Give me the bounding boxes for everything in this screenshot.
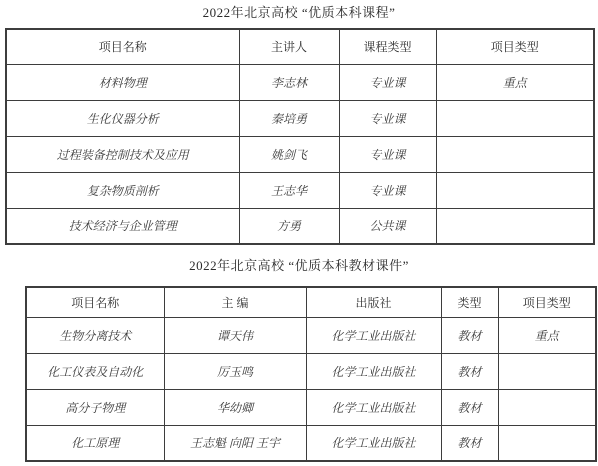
textbook-table: 项目名称 主 编 出版社 类型 项目类型 生物分离技术 谭天伟 化学工业出版社 …: [25, 286, 597, 462]
cell-editor: 王志魁 向阳 王宇: [164, 425, 306, 461]
table-row: 化工仪表及自动化 厉玉鸣 化学工业出版社 教材: [26, 353, 596, 389]
cell-project-type: [436, 136, 594, 172]
table-row: 生化仪器分析 秦培勇 专业课: [6, 100, 594, 136]
cell-lecturer: 李志林: [239, 64, 339, 100]
cell-publisher: 化学工业出版社: [306, 425, 441, 461]
cell-project-name: 化工原理: [26, 425, 164, 461]
table-row: 生物分离技术 谭天伟 化学工业出版社 教材 重点: [26, 317, 596, 353]
cell-project-name: 过程装备控制技术及应用: [6, 136, 239, 172]
cell-project-type: [498, 425, 596, 461]
cell-project-type: 重点: [498, 317, 596, 353]
cell-editor: 厉玉鸣: [164, 353, 306, 389]
cell-lecturer: 方勇: [239, 208, 339, 244]
cell-publisher: 化学工业出版社: [306, 317, 441, 353]
cell-project-name: 材料物理: [6, 64, 239, 100]
course-table-title: 2022年北京高校 “优质本科课程”: [0, 5, 598, 21]
course-table-header-row: 项目名称 主讲人 课程类型 项目类型: [6, 29, 594, 64]
cell-type: 教材: [441, 317, 498, 353]
cell-project-name: 高分子物理: [26, 389, 164, 425]
cell-project-name: 复杂物质剖析: [6, 172, 239, 208]
cell-lecturer: 秦培勇: [239, 100, 339, 136]
table-row: 材料物理 李志林 专业课 重点: [6, 64, 594, 100]
cell-project-type: [498, 353, 596, 389]
column-header-project-type: 项目类型: [436, 29, 594, 64]
cell-project-type: 重点: [436, 64, 594, 100]
cell-editor: 华幼卿: [164, 389, 306, 425]
column-header-project-type: 项目类型: [498, 287, 596, 317]
textbook-table-title: 2022年北京高校 “优质本科教材课件”: [0, 258, 598, 274]
cell-project-type: [436, 172, 594, 208]
column-header-project-name: 项目名称: [6, 29, 239, 64]
column-header-editor: 主 编: [164, 287, 306, 317]
cell-project-type: [436, 208, 594, 244]
table-row: 复杂物质剖析 王志华 专业课: [6, 172, 594, 208]
cell-editor: 谭天伟: [164, 317, 306, 353]
cell-project-type: [436, 100, 594, 136]
cell-publisher: 化学工业出版社: [306, 353, 441, 389]
document-page: 2022年北京高校 “优质本科课程” 项目名称 主讲人 课程类型 项目类型 材料…: [0, 0, 598, 466]
table-row: 化工原理 王志魁 向阳 王宇 化学工业出版社 教材: [26, 425, 596, 461]
cell-course-type: 专业课: [339, 100, 436, 136]
column-header-project-name: 项目名称: [26, 287, 164, 317]
table-row: 技术经济与企业管理 方勇 公共课: [6, 208, 594, 244]
cell-course-type: 公共课: [339, 208, 436, 244]
column-header-publisher: 出版社: [306, 287, 441, 317]
cell-type: 教材: [441, 425, 498, 461]
cell-course-type: 专业课: [339, 64, 436, 100]
cell-project-name: 生化仪器分析: [6, 100, 239, 136]
table-row: 高分子物理 华幼卿 化学工业出版社 教材: [26, 389, 596, 425]
course-table: 项目名称 主讲人 课程类型 项目类型 材料物理 李志林 专业课 重点 生化仪器分…: [5, 28, 595, 245]
cell-course-type: 专业课: [339, 172, 436, 208]
table-row: 过程装备控制技术及应用 姚剑飞 专业课: [6, 136, 594, 172]
cell-lecturer: 王志华: [239, 172, 339, 208]
cell-project-name: 生物分离技术: [26, 317, 164, 353]
textbook-table-header-row: 项目名称 主 编 出版社 类型 项目类型: [26, 287, 596, 317]
cell-lecturer: 姚剑飞: [239, 136, 339, 172]
column-header-course-type: 课程类型: [339, 29, 436, 64]
cell-project-name: 技术经济与企业管理: [6, 208, 239, 244]
cell-publisher: 化学工业出版社: [306, 389, 441, 425]
column-header-type: 类型: [441, 287, 498, 317]
cell-type: 教材: [441, 353, 498, 389]
column-header-lecturer: 主讲人: [239, 29, 339, 64]
cell-project-type: [498, 389, 596, 425]
cell-type: 教材: [441, 389, 498, 425]
cell-project-name: 化工仪表及自动化: [26, 353, 164, 389]
cell-course-type: 专业课: [339, 136, 436, 172]
